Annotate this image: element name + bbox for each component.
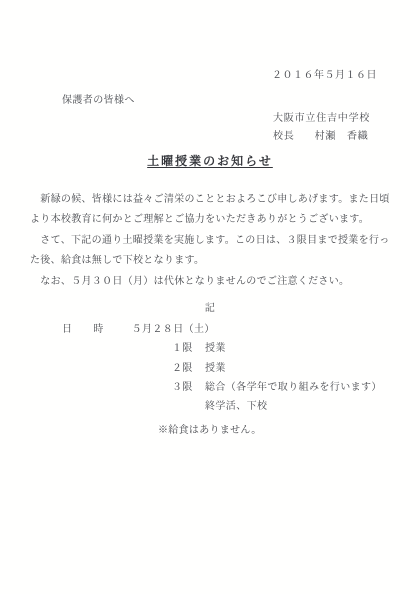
schedule-row: ３限 総合（各学年で取り組みを行います）: [62, 378, 382, 397]
schedule-row: 終学活、下校: [62, 397, 382, 416]
schedule-activity: 総合（各学年で取り組みを行います）: [205, 378, 382, 397]
document-title-text: 土曜授業のお知らせ: [147, 154, 273, 168]
schedule-row: ２限 授業: [62, 359, 382, 378]
body-line: より本校教育に何かとご理解とご協力をいただきありがとうございます。: [30, 210, 396, 230]
schedule-date-row: 日 時 ５月２８日（土）: [62, 320, 382, 339]
schedule-period: [172, 397, 205, 416]
schedule-row: １限 授業: [62, 339, 382, 358]
recipient: 保護者の皆様へ: [62, 91, 135, 106]
body-line: なお、５月３０日（月）は代休となりませんのでご注意ください。: [30, 272, 396, 292]
body-line: た後、給食は無しで下校となります。: [30, 251, 396, 271]
lunch-note: ※給食はありません。: [158, 421, 262, 436]
principal-title: 校長: [273, 131, 295, 142]
body-line: 新緑の候、皆様には益々ご清栄のこととおよろこび申しあげます。また日頃: [30, 190, 396, 210]
schedule-period: ２限: [172, 359, 205, 378]
schedule-activity: 授業: [205, 359, 226, 378]
schedule-period: ３限: [172, 378, 205, 397]
body-text: 新緑の候、皆様には益々ご清栄のこととおよろこび申しあげます。また日頃 より本校教…: [30, 190, 396, 292]
schedule: 日 時 ５月２８日（土） １限 授業 ２限 授業 ３限 総合（各学年で取り組みを…: [62, 320, 382, 416]
schedule-date-label: 日 時: [62, 320, 104, 339]
schedule-activity: 終学活、下校: [205, 397, 267, 416]
schedule-date-value: ５月２８日（土）: [132, 320, 215, 339]
principal-name: 村瀬 香織: [315, 131, 369, 142]
sender-block: 大阪市立住吉中学校 校長村瀬 香織: [273, 110, 370, 145]
principal-line: 校長村瀬 香織: [273, 128, 370, 146]
body-line: さて、下記の通り土曜授業を実施します。この日は、３限目まで授業を行っ: [30, 231, 396, 251]
document-title: 土曜授業のお知らせ: [0, 152, 420, 169]
notice-document-page: ２０１６年５月１６日 保護者の皆様へ 大阪市立住吉中学校 校長村瀬 香織 土曜授…: [0, 0, 420, 594]
issue-date: ２０１６年５月１６日: [272, 66, 377, 81]
school-name: 大阪市立住吉中学校: [273, 110, 370, 128]
record-marker: 記: [0, 299, 420, 314]
schedule-period: １限: [172, 339, 205, 358]
schedule-activity: 授業: [205, 339, 226, 358]
